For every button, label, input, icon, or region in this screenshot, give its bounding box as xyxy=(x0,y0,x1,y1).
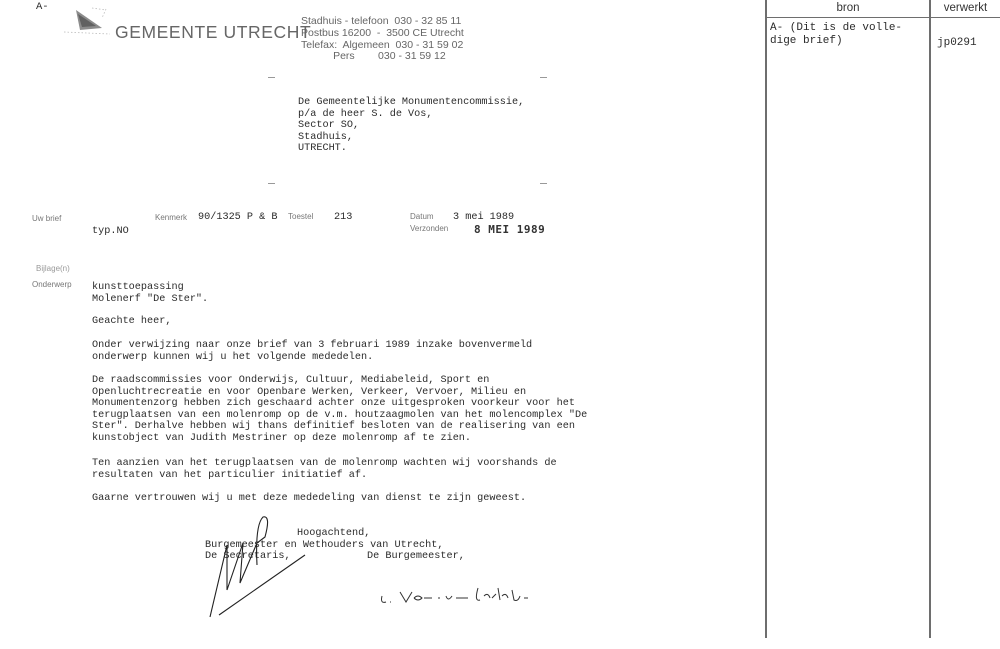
paragraph-line: Ster". Derhalve hebben wij thans definit… xyxy=(92,421,587,433)
paragraph-4: Gaarne vertrouwen wij u met deze mededel… xyxy=(92,493,526,505)
contact-info: Stadhuis - telefoon 030 - 32 85 11 Postb… xyxy=(301,16,464,63)
datum-label: Datum xyxy=(410,212,434,221)
recipient-line: De Gemeentelijke Monumentencommissie, xyxy=(298,97,524,109)
verzonden-label: Verzonden xyxy=(410,224,448,233)
paragraph-line: Gaarne vertrouwen wij u met deze mededel… xyxy=(92,493,526,505)
bron-line: A- (Dit is de volle- xyxy=(770,22,902,35)
subject-line: Molenerf "De Ster". xyxy=(92,294,208,306)
paragraph-line: Onder verwijzing naar onze brief van 3 f… xyxy=(92,340,532,352)
paragraph-line: De raadscommissies voor Onderwijs, Cultu… xyxy=(92,375,587,387)
salutation: Geachte heer, xyxy=(92,316,171,328)
datum-value: 3 mei 1989 xyxy=(453,212,514,224)
paragraph-3: Ten aanzien van het terugplaatsen van de… xyxy=(92,458,557,481)
recipient-line: Stadhuis, xyxy=(298,132,524,144)
mayor-label: De Burgemeester, xyxy=(367,551,465,563)
recipient-line: p/a de heer S. de Vos, xyxy=(298,109,524,121)
uw-brief-value: typ.NO xyxy=(92,226,129,238)
table-border-middle xyxy=(929,0,931,638)
table-border-left xyxy=(765,0,767,638)
paragraph-line: onderwerp kunnen wij u het volgende mede… xyxy=(92,352,532,364)
fold-mark xyxy=(268,77,275,78)
toestel-value: 213 xyxy=(334,212,352,224)
verzonden-stamp: 8 MEI 1989 xyxy=(474,223,545,236)
recipient-line: UTRECHT. xyxy=(298,143,524,155)
paragraph-line: Ten aanzien van het terugplaatsen van de… xyxy=(92,458,557,470)
table-cell-bron: A- (Dit is de volle- dige brief) xyxy=(770,22,902,47)
recipient-line: Sector SO, xyxy=(298,120,524,132)
table-cell-verwerkt: jp0291 xyxy=(937,38,977,50)
header-bron: bron xyxy=(767,2,929,14)
secretary-signature xyxy=(205,505,325,625)
paragraph-line: Monumentenzorg hebben zich geschaard ach… xyxy=(92,398,587,410)
kenmerk-value: 90/1325 P & B xyxy=(198,212,277,224)
municipal-logo-icon xyxy=(62,4,114,38)
paragraph-line: resultaten van het particulier initiatie… xyxy=(92,470,557,482)
toestel-label: Toestel xyxy=(288,212,313,221)
fold-mark xyxy=(540,77,547,78)
bron-line: dige brief) xyxy=(770,35,902,48)
paragraph-2: De raadscommissies voor Onderwijs, Cultu… xyxy=(92,375,587,445)
kenmerk-label: Kenmerk xyxy=(155,213,187,222)
contact-line: Postbus 16200 - 3500 CE Utrecht xyxy=(301,28,464,40)
bijlagen-label: Bijlage(n) xyxy=(36,264,70,273)
paragraph-line: Openluchtrecreatie en voor Openbare Werk… xyxy=(92,387,587,399)
organization-name: GEMEENTE UTRECHT xyxy=(115,22,311,43)
paragraph-line: kunstobject van Judith Mestriner op deze… xyxy=(92,433,587,445)
margin-mark: A- xyxy=(36,2,49,14)
mayor-signature xyxy=(378,584,538,610)
fold-mark xyxy=(268,183,275,184)
subject-line: kunsttoepassing xyxy=(92,282,208,294)
header-verwerkt: verwerkt xyxy=(931,2,1000,14)
paragraph-line: terugplaatsen van een molenromp op de v.… xyxy=(92,410,587,422)
paragraph-1: Onder verwijzing naar onze brief van 3 f… xyxy=(92,340,532,363)
table-header-divider xyxy=(766,17,1000,18)
subject: kunsttoepassing Molenerf "De Ster". xyxy=(92,282,208,305)
recipient-address: De Gemeentelijke Monumentencommissie, p/… xyxy=(298,97,524,155)
uw-brief-label: Uw brief xyxy=(32,214,61,223)
onderwerp-label: Onderwerp xyxy=(32,280,72,289)
fold-mark xyxy=(540,183,547,184)
contact-line: Pers 030 - 31 59 12 xyxy=(301,51,464,63)
